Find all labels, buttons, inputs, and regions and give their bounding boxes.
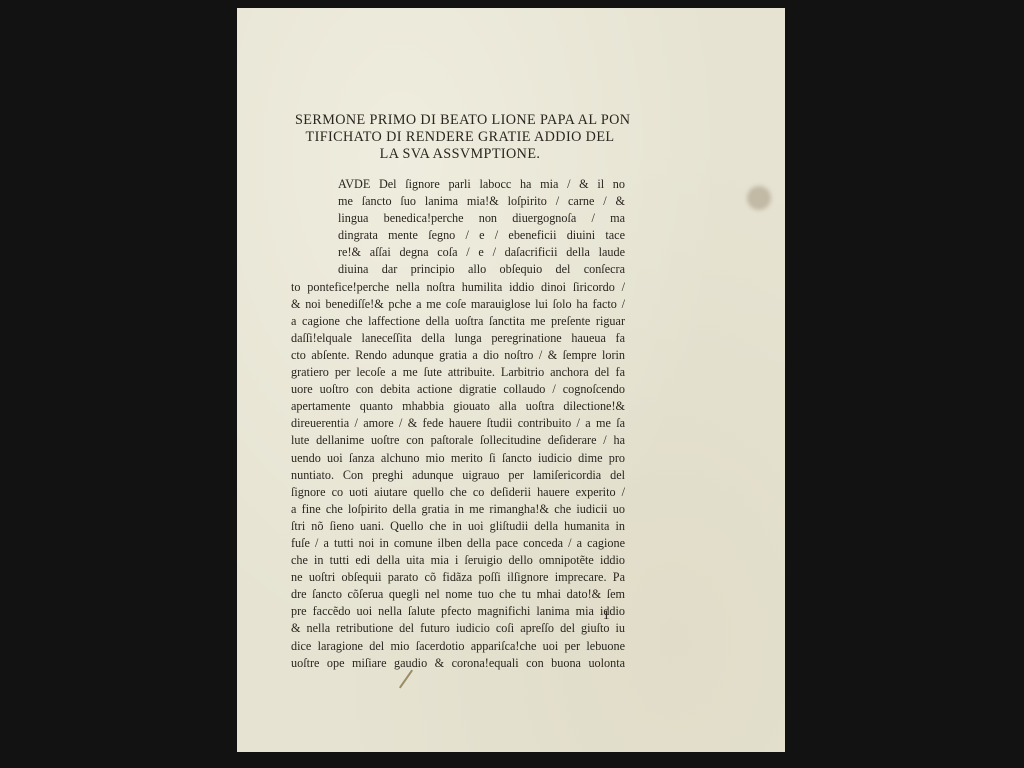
- text-line: a cagione che laffectione della uoſtra ſ…: [291, 313, 625, 330]
- text-line: a fine che loſpirito della gratia in me …: [291, 501, 625, 518]
- text-line: AVDE Del ſignore parli labocc ha mia / &…: [291, 176, 625, 193]
- text-line: apertamente quanto mhabbia giouato alla …: [291, 398, 625, 415]
- text-line: & noi benediſſe!& pche a me coſe marauig…: [291, 296, 625, 313]
- text-line: cto abſente. Rendo adunque gratia a dio …: [291, 347, 625, 364]
- text-line: re!& aſſai degna coſa / e / daſacrificii…: [291, 244, 625, 261]
- text-line: nuntiato. Con preghi adunque uigrauo per…: [291, 467, 625, 484]
- text-line: uendo uoi ſanza alchuno mio merito ſi ſa…: [291, 450, 625, 467]
- text-line: dice laragione del mio ſacerdotio appari…: [291, 638, 625, 655]
- title-line: TIFICHATO DI RENDERE GRATIE ADDIO DEL: [295, 129, 625, 146]
- text-line: direuerentia / amore / & fede hauere ſtu…: [291, 415, 625, 432]
- text-line: pre faccẽdo uoi nella ſalute pfecto magn…: [291, 603, 625, 620]
- paper-stain: [747, 186, 771, 210]
- sermon-title: SERMONE PRIMO DI BEATO LIONE PAPA AL PON…: [295, 112, 625, 163]
- text-line: me ſancto ſuo lanima mia!& loſpirito / c…: [291, 193, 625, 210]
- title-line: LA SVA ASSVMPTIONE.: [295, 146, 625, 163]
- text-line: ne uoſtri obſequii parato cõ fidãza poſſ…: [291, 569, 625, 586]
- paper-mark: [399, 669, 413, 688]
- text-line: lute dellanime uoſtre con paſtorale ſoll…: [291, 432, 625, 449]
- text-line: & nella retributione del futuro iudicio …: [291, 620, 625, 637]
- sermon-body: AVDE Del ſignore parli labocc ha mia / &…: [291, 176, 625, 672]
- text-line: che in tutti edi della uita mia i ſeruig…: [291, 552, 625, 569]
- text-line: uoſtre ope miſiare gaudio & corona!equal…: [291, 655, 625, 672]
- text-line: uore uoſtro con debita actione digratie …: [291, 381, 625, 398]
- text-line: fuſe / a tutti noi in comune ilben della…: [291, 535, 625, 552]
- text-line: ſtri nõ ſieno uani. Quello che in uoi gl…: [291, 518, 625, 535]
- text-line: to pontefice!perche nella noſtra humilit…: [291, 279, 625, 296]
- text-line: lingua benedica!perche non diuergognoſa …: [291, 210, 625, 227]
- text-line: gratiero per lecoſe a me ſute attribuite…: [291, 364, 625, 381]
- text-line: diuina dar principio allo obſequio del c…: [291, 261, 625, 278]
- text-line: dre ſancto cõſerua quegli nel nome tuo c…: [291, 586, 625, 603]
- text-line: dingrata mente ſegno / e / ebeneficii di…: [291, 227, 625, 244]
- text-line: daſſi!elquale laneceſſita della lunga pe…: [291, 330, 625, 347]
- page-number: 1: [603, 607, 610, 623]
- text-line: ſignore co uoti aiutare quello che co de…: [291, 484, 625, 501]
- document-page: SERMONE PRIMO DI BEATO LIONE PAPA AL PON…: [237, 8, 785, 752]
- title-line: SERMONE PRIMO DI BEATO LIONE PAPA AL PON: [295, 112, 625, 129]
